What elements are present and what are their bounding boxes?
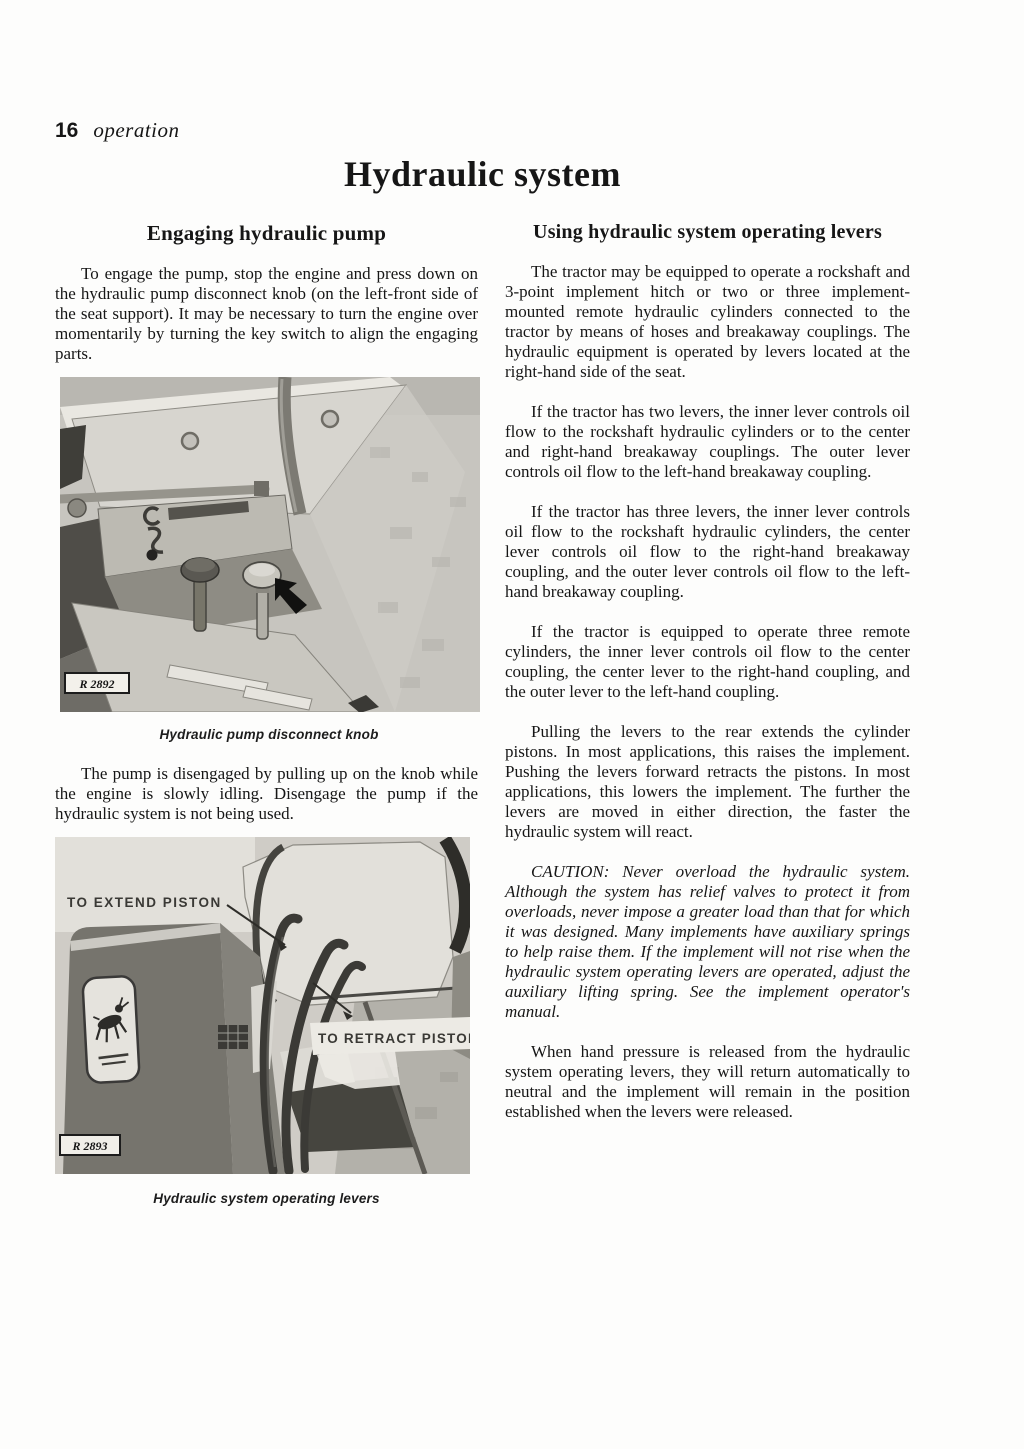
svg-text:R 2893: R 2893 [71,1139,107,1153]
para-three-levers: If the tractor has three levers, the inn… [505,502,910,602]
para-caution: CAUTION: Never overload the hydraulic sy… [505,862,910,1022]
para-engage-pump: To engage the pump, stop the engine and … [55,264,478,364]
svg-text:TO EXTEND PISTON: TO EXTEND PISTON [67,895,222,910]
photo-operating-levers: TO EXTEND PISTON TO RETRACT PISTON [55,837,470,1174]
right-column: Using hydraulic system operating levers … [505,221,910,1206]
figure-operating-levers: TO EXTEND PISTON TO RETRACT PISTON [55,837,478,1206]
para-equipment: The tractor may be equipped to operate a… [505,262,910,382]
section-title: operation [93,118,179,143]
figure-disconnect-knob: R 2892 Hydraulic pump disconnect knob [60,377,478,742]
svg-text:R 2892: R 2892 [78,677,114,691]
manual-page: 16 operation Hydraulic system Engaging h… [0,0,1024,1449]
para-hand-pressure: When hand pressure is released from the … [505,1042,910,1122]
caption-disconnect-knob: Hydraulic pump disconnect knob [60,727,478,742]
heading-engaging-pump: Engaging hydraulic pump [55,221,478,246]
photo-disconnect-knob: R 2892 [60,377,480,712]
photo-id-label: R 2893 [60,1135,120,1155]
para-disengage-pump: The pump is disengaged by pulling up on … [55,764,478,824]
para-three-remote-cylinders: If the tractor is equipped to operate th… [505,622,910,702]
para-pulling-levers: Pulling the levers to the rear extends t… [505,722,910,842]
two-column-layout: Engaging hydraulic pump To engage the pu… [55,221,910,1206]
page-header: 16 operation [55,118,910,143]
left-column: Engaging hydraulic pump To engage the pu… [55,221,478,1206]
svg-text:TO RETRACT PISTON: TO RETRACT PISTON [318,1031,470,1046]
caption-operating-levers: Hydraulic system operating levers [55,1191,478,1206]
heading-using-levers: Using hydraulic system operating levers [505,221,910,244]
page-number: 16 [55,119,78,143]
photo-id-label: R 2892 [65,673,129,693]
john-deere-logo [82,976,139,1084]
page-title: Hydraulic system [55,153,910,195]
para-two-levers: If the tractor has two levers, the inner… [505,402,910,482]
page-content: 16 operation Hydraulic system Engaging h… [55,118,910,1206]
